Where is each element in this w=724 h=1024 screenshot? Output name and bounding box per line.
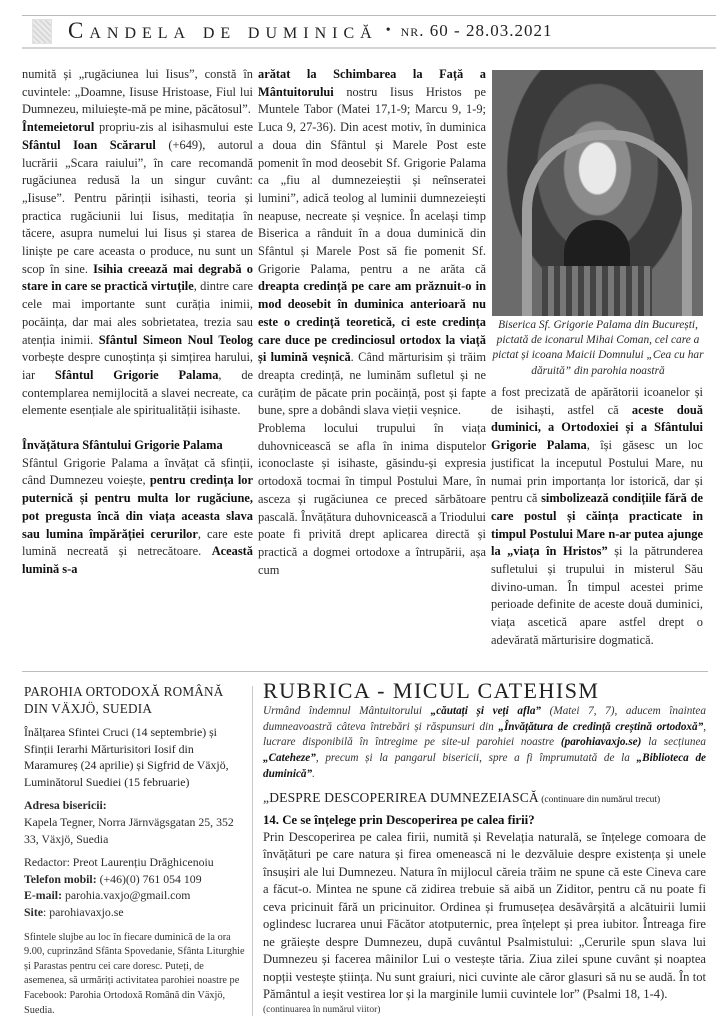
paragraph: numită și „rugăciunea lui Iisus”, constă… — [22, 66, 253, 119]
section-note: (continuare din numărul trecut) — [539, 795, 660, 805]
section-divider — [22, 671, 708, 672]
bold-text: „Învățătura de credință creștină ortodox… — [498, 721, 703, 733]
address-label: Adresa bisericii: — [24, 798, 107, 812]
text: Urmând îndemnul Mântuitorului — [263, 705, 431, 717]
paragraph: Întemeietorul propriu-zis al isihasmului… — [22, 119, 253, 420]
parish-title: Parohia Ortodoxă Română din Växjö, Suedi… — [24, 683, 246, 717]
bold-text: Sfântul Simeon Noul Teolog — [99, 333, 253, 347]
section-heading: Învățătura Sfântului Grigorie Palama — [22, 437, 253, 455]
bullet-separator: • — [386, 23, 391, 39]
bold-text: „căutați și veți afla” — [431, 705, 541, 717]
spacer — [22, 420, 253, 437]
article-column-1: numită și „rugăciunea lui Iisus”, constă… — [22, 66, 253, 579]
catechism-section-heading: „DESPRE DESCOPERIREA DUMNEZEIASCĂ (conti… — [263, 789, 706, 809]
catechism-question: 14. Ce se înțelege prin Descoperirea pe … — [263, 812, 706, 829]
phone-label: Telefon mobil: — [24, 872, 97, 886]
parish-patrons: Înălțarea Sfintei Cruci (14 septembrie) … — [24, 724, 246, 790]
bold-text: Întemeietorul — [22, 120, 94, 134]
text: propriu-zis al isihasmului este — [94, 120, 253, 134]
issue-number-date: nr. 60 - 28.03.2021 — [401, 21, 553, 41]
email-line: E-mail: parohia.vaxjo@gmail.com — [24, 887, 246, 904]
text: la secțiunea — [641, 736, 706, 748]
heading-text: Învățătura Sfântului Grigorie Palama — [22, 438, 223, 452]
iconostasis-shape — [542, 266, 652, 316]
article-column-2: arătat la Schimbarea la Față a Mântuitor… — [258, 66, 486, 579]
text: nostru Iisus Hristos pe Muntele Tabor (M… — [258, 85, 486, 276]
text: (+649), autorul lucrării „Scara raiului”… — [22, 138, 253, 276]
newsletter-title: Candela de duminică — [68, 18, 378, 44]
text: și la pătrunderea sufletului și trupului… — [491, 544, 703, 647]
phone-value: (+46)(0) 761 054 109 — [97, 872, 202, 886]
site-link[interactable]: : parohiavaxjo.se — [43, 905, 124, 919]
catechism-intro: Urmând îndemnul Mântuitorului „căutați ș… — [263, 704, 706, 783]
church-interior-photo — [492, 70, 703, 316]
bold-text: (parohiavaxjo.se) — [561, 736, 641, 748]
vertical-divider — [252, 686, 253, 1016]
masthead-bottom-rule — [22, 47, 716, 49]
paragraph: Sfântul Grigorie Palama a învățat că sfi… — [22, 455, 253, 579]
bold-text: Sfântul Ioan Scărarul — [22, 138, 156, 152]
paragraph: Problema locului trupului în viața duhov… — [258, 420, 486, 579]
catechism-title: Rubrica - Micul catehism — [263, 678, 706, 704]
section-title: „DESPRE DESCOPERIREA DUMNEZEIASCĂ — [263, 790, 539, 805]
parish-address: Adresa bisericii: Kapela Tegner, Norra J… — [24, 797, 246, 847]
masthead: Candela de duminică • nr. 60 - 28.03.202… — [22, 18, 722, 44]
masthead-top-rule — [22, 15, 716, 16]
parish-emblem-icon — [32, 19, 52, 44]
catechism-answer: Prin Descoperirea pe calea firii, numită… — [263, 829, 706, 1004]
bold-text: „Cateheze” — [263, 752, 316, 764]
text: . — [312, 768, 315, 780]
photo-caption: Biserica Sf. Grigorie Palama din Bucureș… — [492, 318, 704, 379]
continuation-note: (continuarea în numărul viitor) — [263, 1004, 706, 1017]
article-column-3: a fost precizată de apărătorii icoanelor… — [491, 384, 703, 650]
email-link[interactable]: parohia.vaxjo@gmail.com — [62, 888, 190, 902]
paragraph: a fost precizată de apărătorii icoanelor… — [491, 384, 703, 650]
phone-line: Telefon mobil: (+46)(0) 761 054 109 — [24, 871, 246, 888]
parish-contacts: Redactor: Preot Laurențiu Drăghicenoiu T… — [24, 854, 246, 920]
text: , precum și la pangarul bisericii, spre … — [316, 752, 637, 764]
catechism-section: Rubrica - Micul catehism Urmând îndemnul… — [263, 678, 706, 1017]
bold-text: Sfântul Grigorie Palama — [55, 368, 219, 382]
address-value: Kapela Tegner, Norra Järnvägsgatan 25, 3… — [24, 815, 234, 846]
site-line: Site: parohiavaxjo.se — [24, 904, 246, 921]
parish-info-box: Parohia Ortodoxă Română din Växjö, Suedi… — [24, 683, 246, 1018]
email-label: E-mail: — [24, 888, 62, 902]
paragraph: arătat la Schimbarea la Față a Mântuitor… — [258, 66, 486, 420]
site-label: Site — [24, 905, 43, 919]
editor: Redactor: Preot Laurențiu Drăghicenoiu — [24, 854, 246, 871]
services-note: Sfintele slujbe au loc în fiecare dumini… — [24, 931, 246, 1019]
